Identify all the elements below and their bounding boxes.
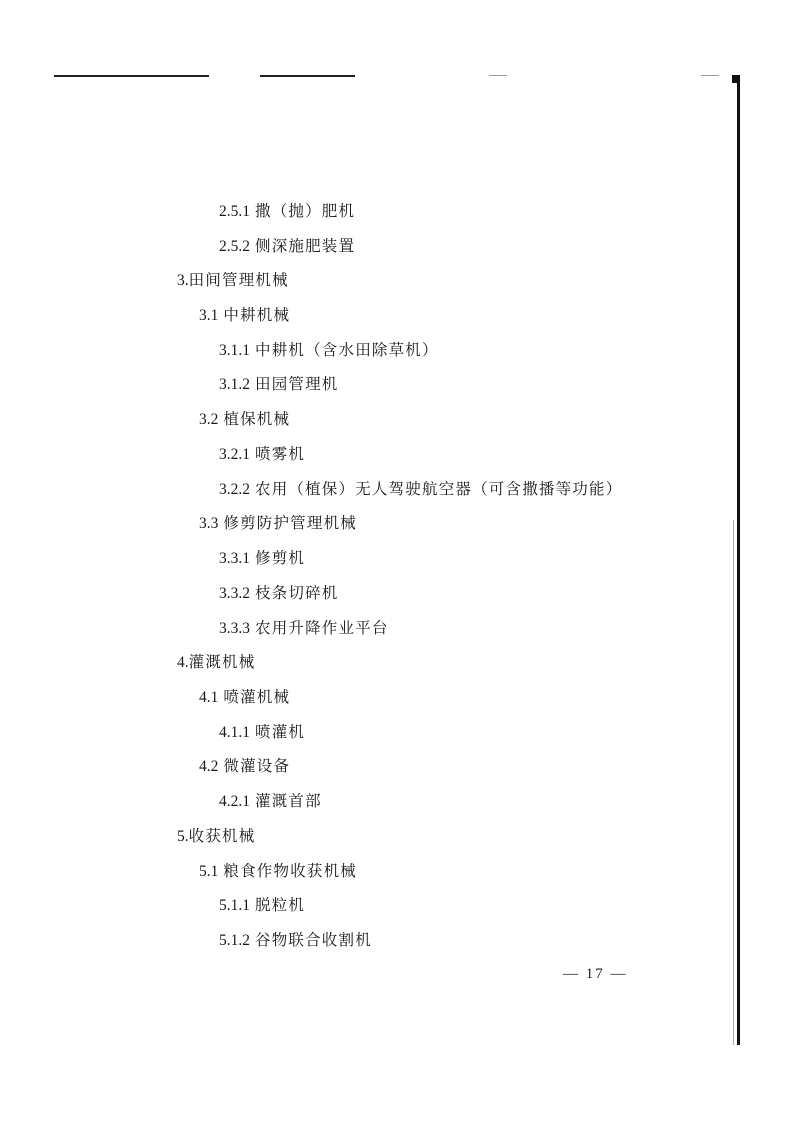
outline-item-text: 灌溉首部 [255,792,322,810]
header-rule-middle [260,75,355,77]
outline-item-number: 4.1 [199,689,218,706]
outline-item-level-3: 4.1.1喷灌机 [219,722,305,743]
outline-item-text: 收获机械 [189,827,256,845]
outline-item-level-2: 5.1粮食作物收获机械 [199,861,357,882]
outline-item-text: 农用升降作业平台 [255,619,389,637]
outline-item-text: 灌溉机械 [189,653,256,671]
outline-item-level-3: 3.2.2农用（植保）无人驾驶航空器（可含撒播等功能） [219,479,622,500]
outline-item-number: 5.1 [199,863,218,880]
header-rule-left [54,75,209,77]
outline-item-level-2: 4.1喷灌机械 [199,687,290,708]
outline-item-number: 4. [177,654,189,671]
outline-item-level-2: 3.3修剪防护管理机械 [199,513,357,534]
outline-item-level-3: 3.3.3农用升降作业平台 [219,618,389,639]
outline-item-level-3: 4.2.1灌溉首部 [219,791,322,812]
outline-item-level-3: 5.1.2谷物联合收割机 [219,930,372,951]
outline-item-text: 喷灌机械 [223,688,290,706]
outline-item-level-1: 5.收获机械 [177,826,255,847]
outline-item-number: 2.5.2 [219,238,250,255]
outline-item-text: 修剪防护管理机械 [223,514,357,532]
outline-item-text: 枝条切碎机 [255,584,339,602]
outline-item-number: 5.1.2 [219,932,250,949]
outline-item-number: 3.1.2 [219,376,250,393]
outline-item-level-2: 4.2微灌设备 [199,756,290,777]
outline-item-text: 侧深施肥装置 [255,237,355,255]
outline-item-text: 中耕机械 [223,306,290,324]
outline-item-number: 2.5.1 [219,203,250,220]
outline-item-level-3: 3.3.2枝条切碎机 [219,583,339,604]
outline-item-level-3: 3.2.1喷雾机 [219,444,305,465]
outline-item-number: 3.3.2 [219,585,250,602]
outline-item-text: 撒（抛）肥机 [255,202,355,220]
outline-item-level-3: 2.5.1撒（抛）肥机 [219,201,355,222]
outline-item-number: 3.2.2 [219,481,250,498]
outline-item-text: 农用（植保）无人驾驶航空器（可含撒播等功能） [255,480,622,498]
outline-item-level-3: 3.1.2田园管理机 [219,374,339,395]
outline-item-number: 3.2.1 [219,446,250,463]
outline-item-level-1: 3.田间管理机械 [177,270,289,291]
outline-item-text: 粮食作物收获机械 [223,862,357,880]
outline-item-text: 喷灌机 [255,723,305,741]
outline-item-number: 3.1.1 [219,342,250,359]
outline-item-number: 5. [177,828,189,845]
header-rule-right [701,75,719,76]
outline-item-level-2: 3.1中耕机械 [199,305,290,326]
outline-item-number: 4.1.1 [219,724,250,741]
outline-item-number: 3.1 [199,307,218,324]
outline-item-level-3: 3.1.1中耕机（含水田除草机） [219,340,439,361]
outline-item-level-2: 3.2植保机械 [199,409,290,430]
outline-item-text: 中耕机（含水田除草机） [255,341,439,359]
outline-item-level-3: 5.1.1脱粒机 [219,895,305,916]
outline-item-number: 4.2 [199,758,218,775]
outline-item-level-3: 2.5.2侧深施肥装置 [219,236,355,257]
outline-item-text: 脱粒机 [255,896,305,914]
header-rule-short [489,75,507,76]
outline-item-number: 3.3 [199,515,218,532]
outline-item-text: 植保机械 [223,410,290,428]
outline-item-number: 4.2.1 [219,793,250,810]
outline-item-text: 田园管理机 [255,375,339,393]
outline-item-number: 3.2 [199,411,218,428]
page-number: — 17 — [563,966,628,983]
outline-item-number: 3. [177,272,189,289]
outline-item-text: 修剪机 [255,549,305,567]
right-border-line [737,80,740,1045]
outline-item-level-1: 4.灌溉机械 [177,652,255,673]
outline-item-level-3: 3.3.1修剪机 [219,548,305,569]
outline-item-text: 谷物联合收割机 [255,931,372,949]
right-border-shadow-line [733,520,734,1045]
outline-item-text: 微灌设备 [223,757,290,775]
outline-item-text: 喷雾机 [255,445,305,463]
outline-item-number: 3.3.3 [219,620,250,637]
outline-item-number: 3.3.1 [219,550,250,567]
outline-item-text: 田间管理机械 [189,271,289,289]
outline-item-number: 5.1.1 [219,897,250,914]
